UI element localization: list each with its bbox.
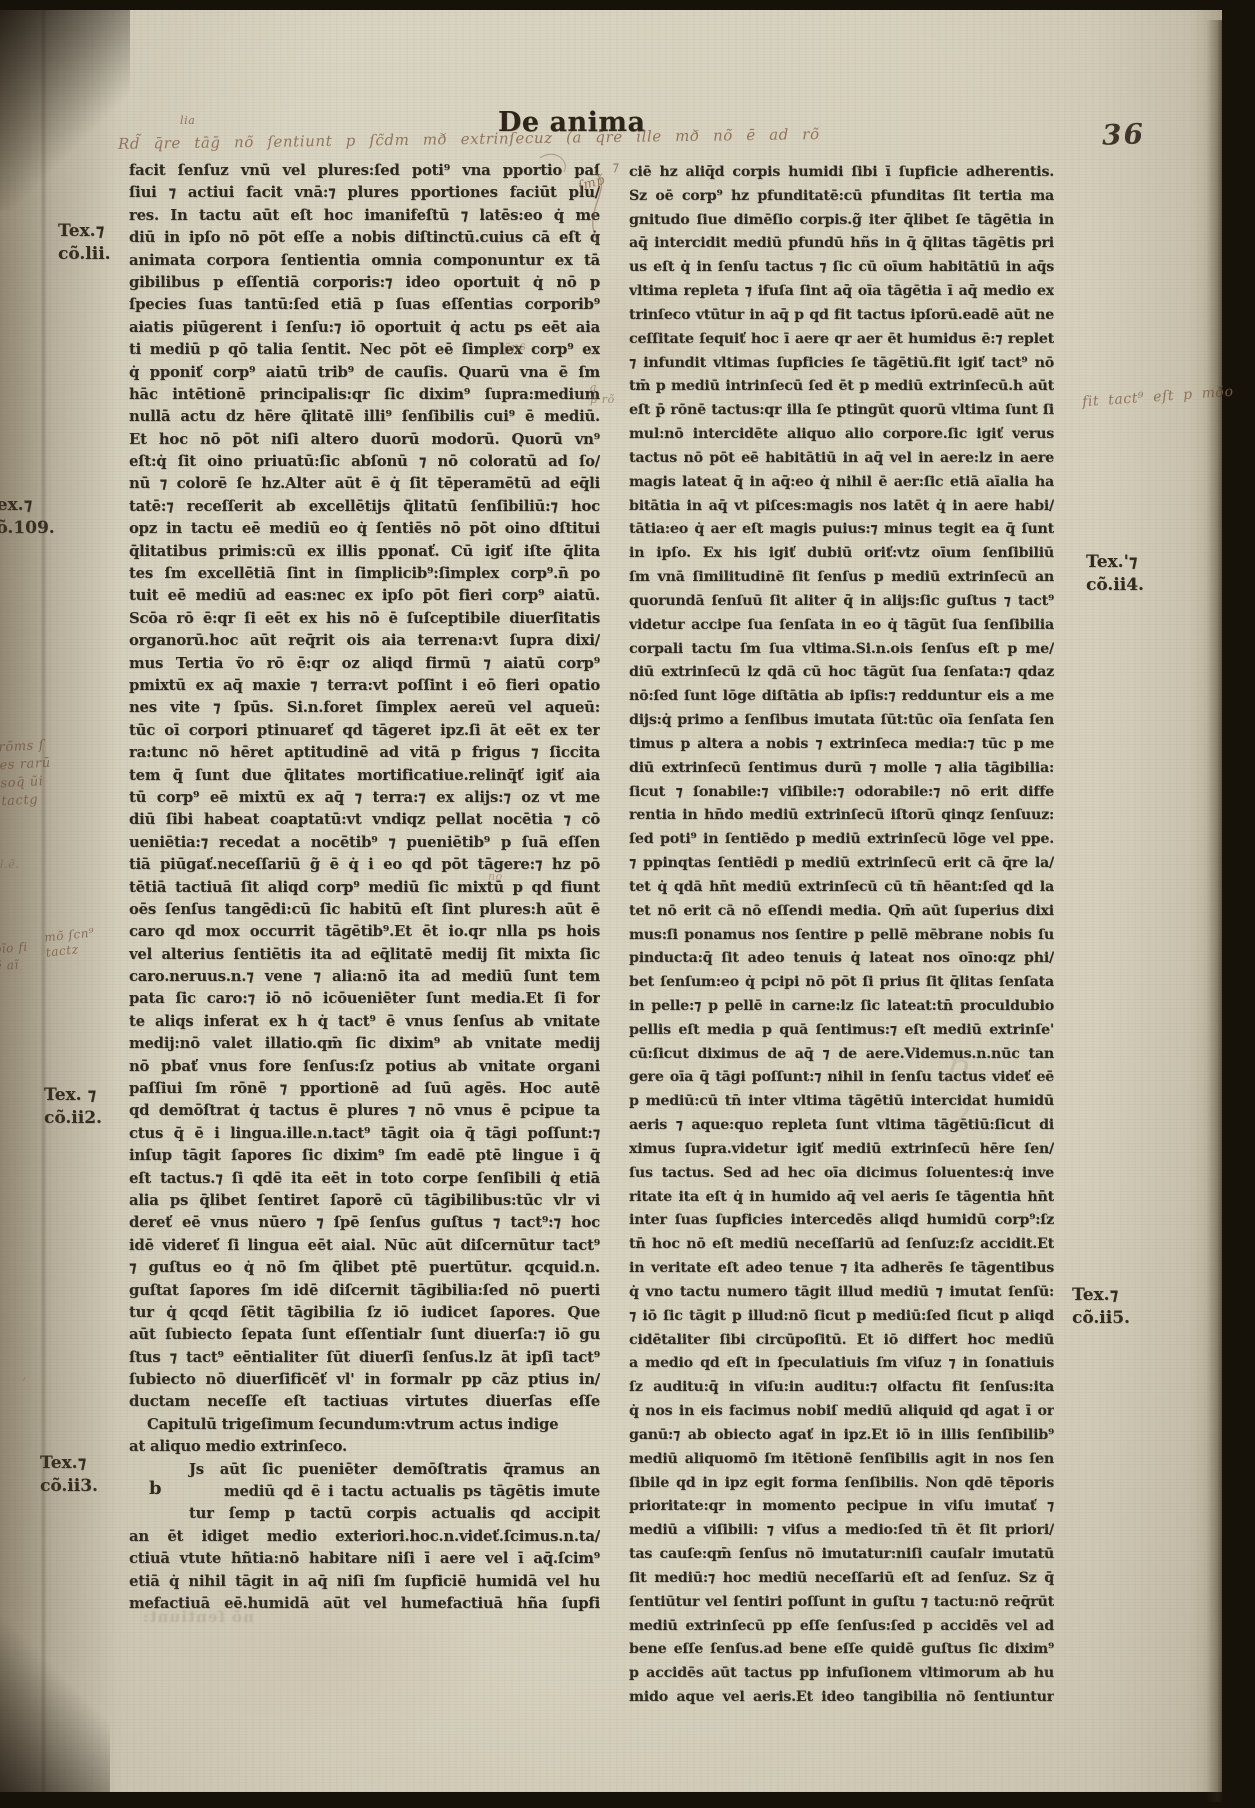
handwritten-annotation: rõms ſes rarūsoq̄ ũitactg [0, 737, 53, 812]
text-line: tū corp⁹ eē mixtū ex aq̄ ⁊ terra:⁊ ex al… [129, 787, 600, 809]
text-line: tet nō erit cā nō eſſendi media. Qm̄ aūt… [629, 900, 1054, 924]
text-line: diū in ipſo nō pōt eſſe a nobis diſtinct… [129, 227, 600, 249]
text-line: tatē:⁊ receſſerit ab excellētijs q̄litat… [129, 496, 600, 518]
text-line: res. In tactu aūt eſt hoc imanifeſtū ⁊ l… [129, 205, 600, 227]
text-line: ſentiūtur vel ſentiri poſſunt in guſtu ⁊… [629, 1591, 1054, 1615]
text-line: us eſt q̇ in ſenſu tactus ⁊ ſic cū oīum … [629, 256, 1054, 280]
text-line: cidētaliter ſibi circūpoſitū. Et iō diff… [629, 1329, 1054, 1353]
text-line: gnitudo ſiue dimēſio corpis.g̃ iter q̄li… [629, 209, 1054, 233]
text-line: nō:ſed ſunt lōge diſtātia ab ipſis:⁊ red… [629, 685, 1054, 709]
text-line: pellis eſt media p quā ſentimus:⁊ eſt me… [629, 1019, 1054, 1043]
text-line: ſicut ⁊ ſonabile:⁊ viſibile:⁊ odorabile:… [629, 781, 1054, 805]
text-line: guſtat ſapores ſm idē diſcernit tāgibili… [129, 1280, 600, 1302]
text-line: tm̄ p mediū intrinſecū ſed ēt p mediū ex… [629, 375, 1054, 399]
text-line: diū extrinſecū ſentimus durū ⁊ molle ⁊ a… [629, 757, 1054, 781]
handwritten-annotation: l.ẽ. [0, 858, 19, 871]
text-line: ⁊ guſtus eo q̇ nō ſm q̄libet ptē puertūt… [129, 1257, 600, 1279]
chapter-heading-line: at aliquo medio extrinſeco. [129, 1436, 600, 1458]
text-line: ceſſitate ſequiť hoc ī aere qr aer ēt hu… [629, 328, 1054, 352]
text-line: tātia:eo q̇ aer eſt magis puius:⁊ minus … [629, 518, 1054, 542]
text-line: quorundā ſenſuū ſit aliter q̄ in alijs:ſ… [629, 590, 1054, 614]
text-line: mus:ſi ponamus nos ſentire p pellē mēbra… [629, 924, 1054, 948]
text-line: eſt:q̇ ſit oino priuatū:ſic abſonū ⁊ nō … [129, 451, 600, 473]
text-line: ritate ita eſt q̇ in humido aq̄ vel aeri… [629, 1186, 1054, 1210]
page-edge-right [1206, 20, 1222, 1802]
printed-margin-note: Tex.'⁊cõ.ii4. [1086, 551, 1144, 597]
text-line: dereť eē vnus nūero ⁊ ſpē ſenſus guſtus … [129, 1212, 600, 1234]
text-line: ueniētia:⁊ recedat a nocētib⁹ ⁊ pueniēti… [129, 832, 600, 854]
text-line: diū extrinſecū lz qdā cū hoc tāgūt ſua ſ… [629, 661, 1054, 685]
text-line: aiatis piūgerent i ſenſu:⁊ iō oportuit q… [129, 317, 600, 339]
text-line: etiā q̇ nihil tāgit in aq̄ niſi ſm ſupfi… [129, 1571, 600, 1593]
text-line: tūc oī corpori ptinuareť qd tāgeret ipz.… [129, 720, 600, 742]
text-line: eſt tactus.⁊ ſi qdē ita eēt in toto corp… [129, 1168, 600, 1190]
text-line: bitātia in aq̄ vt piſces:magis nos latēt… [629, 495, 1054, 519]
text-line: Et hoc nō pōt niſi altero duorū modorū. … [129, 429, 600, 451]
text-line: mediū aliquomō ſm itētionē ſenſibilis ag… [629, 1448, 1054, 1472]
text-line: gere oīa q̄ tāgi poſſunt:⁊ nihil in ſenſ… [629, 1066, 1054, 1090]
corner-shadow-top-left [0, 10, 130, 210]
text-line: mediū qd ē i tactu actualis ps tāgētis i… [129, 1481, 600, 1503]
text-line: ti mediū p qō talia ſentit. Nec pōt eē ſ… [129, 339, 600, 361]
text-line: nes vite ⁊ ſpūs. Si.n.foret ſimplex aere… [129, 697, 600, 719]
handwritten-annotation: fit tact⁹ eſt p mðo [1082, 384, 1234, 411]
text-line: ctus q̄ ē i lingua.ille.n.tact⁹ tāgit oi… [129, 1123, 600, 1145]
text-line: facit ſenſuz vnū vel plures:ſed poti⁹ vn… [129, 160, 600, 182]
text-line: mus Tertia v̄o rō ē:qr oz aliqd firmū ⁊ … [129, 653, 600, 675]
text-line: tem q̄ ſunt due q̄litates mortificatiue.… [129, 765, 600, 787]
text-line: ductam neceſſe eſt tactiuas virtutes diu… [129, 1391, 600, 1413]
text-line: ⁊ ppinqtas ſentiēdi p mediū extrinſecū e… [629, 852, 1054, 876]
text-line: qd demōſtrat q̇ tactus ē plures ⁊ nō vnu… [129, 1100, 600, 1122]
printed-margin-note: Tex.⁊cõ.ii5. [1072, 1284, 1130, 1330]
chapter-heading: Capitulū trigeſimum ſecundum:vtrum actus… [129, 1414, 600, 1459]
handwritten-annotation: lia [180, 114, 195, 127]
text-line: in pelle:⁊ p pellē in carne:lz ſic latea… [629, 995, 1054, 1019]
printed-margin-note: Tex.⁊cõ.ii3. [40, 1452, 98, 1498]
text-line: ſed poti⁹ in ſentiēdo p mediū extrinſecū… [629, 828, 1054, 852]
text-line: gibilibus p eſſentiā corporis:⁊ ideo opo… [129, 272, 600, 294]
text-line: ctiuā vtute hñtia:nō habitare niſi ī aer… [129, 1548, 600, 1570]
text-line: paſſiui ſm rōnē ⁊ pportionē ad ſuū agēs.… [129, 1078, 600, 1100]
text-line: timus p altera a nobis ⁊ extrinſeca medi… [629, 733, 1054, 757]
text-line: ra:tunc nō hēret aptitudinē ad vitā p fr… [129, 742, 600, 764]
text-line: prioritate:qr in momento pecipue in viſu… [629, 1495, 1054, 1519]
text-line: inter ſuas ſupficies intercedēs aliqd hu… [629, 1209, 1054, 1233]
text-line: caro.neruus.n.⁊ vene ⁊ alia:nō ita ad me… [129, 966, 600, 988]
text-line: tur ſemp p tactū corpis actualis qd acci… [129, 1503, 600, 1525]
text-line: ſubiecto nō diuerſificēť vl' in formalr … [129, 1369, 600, 1391]
text-line: q̄litatibus primis:cū ex illis pponať. C… [129, 541, 600, 563]
text-line: Js aūt ſic pueniēter demōſtratis q̄ramus… [129, 1459, 600, 1481]
text-line: nō pbať vnus fore ſenſus:ſz potius ab vn… [129, 1056, 600, 1078]
text-line: tiā piūgať.neceſſariū g̃ ē q̇ i eo qd pō… [129, 854, 600, 876]
handwritten-annotation: pĩo fiẽ aĩ [0, 939, 30, 975]
handwritten-annotation: Rd̃ q̄re tāḡ nõ ſentiunt p ſc̃dm mð extr… [118, 125, 820, 153]
text-line: q̇ nos in eis facimus nobiſ mediū aliqui… [629, 1400, 1054, 1424]
text-line: ciē hz aliq̄d corpis humidi ſibi ī ſupfi… [629, 161, 1054, 185]
text-line: p mediū:cū tn̄ inter vltima tāgētiū inte… [629, 1090, 1054, 1114]
text-line: alia ps q̄libet ſentiret ſaporē cū tāgib… [129, 1190, 600, 1212]
text-line: mul:nō intercidēte aliquo alio corpore.ſ… [629, 423, 1054, 447]
text-line: trinſeco vtūtur in aq̄ p qd fit tactus i… [629, 304, 1054, 328]
text-line: inſup tāgit ſapores ſic dixim⁹ ſm eadē p… [129, 1145, 600, 1167]
text-line: ſz auditu:q̄ in viſu:in auditu:⁊ olfactu… [629, 1376, 1054, 1400]
text-line: ganū:⁊ ab obiecto agať in ipz.Et iō in i… [629, 1424, 1054, 1448]
handwritten-annotation: ap̄ rõ [590, 382, 615, 406]
text-line: nū ⁊ colorē ſe hz.Alter aūt ē q̇ ſit tēp… [129, 473, 600, 495]
text-line: cū:ſicut diximus de aq̄ ⁊ de aere.Videmu… [629, 1043, 1054, 1067]
printed-margin-note: Tex.⁊cõ.lii. [58, 220, 111, 266]
left-section-block: Js aūt ſic pueniēter demōſtratis q̄ramus… [129, 1459, 600, 1616]
text-line: ſibile qd in ipz egit forma ſenſibilis. … [629, 1472, 1054, 1496]
text-line: Sz oē corp⁹ hz pfunditatē:cū pfunditas ſ… [629, 185, 1054, 209]
text-line: aūt ſubiecto ſepata ſunt eſſentialr ſunt… [129, 1324, 600, 1346]
text-line: q̇ pponiť corp⁹ aiatū trib⁹ de cauſis. Q… [129, 362, 600, 384]
text-line: ſm vnā ſimilitudinē ſit ſenſus p mediū e… [629, 566, 1054, 590]
left-main-block: facit ſenſuz vnū vel plures:ſed poti⁹ vn… [129, 160, 600, 1414]
text-line: idē videreť ſi lingua eēt aial. Nūc aūt … [129, 1235, 600, 1257]
text-line: rentia in hn̄do mediū extrinſecū iſtorū … [629, 804, 1054, 828]
text-line: an ēt idiget medio exteriori.hoc.n.videť… [129, 1526, 600, 1548]
text-line: ſtus ⁊ tact⁹ eēntialiter ſūt diuerſi ſen… [129, 1347, 600, 1369]
text-line: a medio qd eſt in ſpeculatiuis ſm viſuz … [629, 1352, 1054, 1376]
printed-margin-note: Tex.⁊cõ.109. [0, 494, 55, 540]
text-line: ſiui ⁊ actiui facit vnā:⁊ plures pportio… [129, 182, 600, 204]
text-line: corpali tactu ſm ſua vltima.Si.n.ois ſen… [629, 638, 1054, 662]
text-line: tur q̇ qcqd ſētit tāgibilia ſz iō iudice… [129, 1302, 600, 1324]
page-crease [40, 10, 47, 1792]
text-line: oēs ſenſus tangēdi:cū ſic habitū eſt ſin… [129, 899, 600, 921]
text-line: nullā actu dz hēre q̄litatē illi⁹ ſenſib… [129, 406, 600, 428]
page-scan: De anima 36 facit ſenſuz vnū vel plures:… [0, 0, 1255, 1808]
text-line: videtur accipe ſua ſenſata in eo q̇ tāgū… [629, 614, 1054, 638]
text-line: caro qd mox occurrit tāgētib⁹.Et ēt io.q… [129, 921, 600, 943]
corner-shadow-bottom-left [0, 1602, 110, 1792]
text-line: vel alterius ſentiētis ita ad eq̄litatē … [129, 944, 600, 966]
text-line: opz in tactu eē mediū eo q̇ ſentiēs nō p… [129, 518, 600, 540]
handwritten-annotation: ’ [22, 1376, 27, 1391]
text-line: dijs:q̇ primo a ſenſibus imutata ſūt:tūc… [629, 709, 1054, 733]
column-left: facit ſenſuz vnū vel plures:ſed poti⁹ vn… [129, 160, 600, 1615]
text-line: ſus tactus. Sed ad hec oīa dicimus ſolue… [629, 1162, 1054, 1186]
text-line: in veritate eſt adeo tenue ⁊ ita adherēs… [629, 1257, 1054, 1281]
text-line: tes ſm excellētiā ſint in ſimplicib⁹:ſim… [129, 563, 600, 585]
handwritten-annotation: nõ [488, 870, 503, 883]
text-line: ⁊ infundit vltimas ſupficies ſe tāgētiū.… [629, 352, 1054, 376]
text-line: ſit mediū:⁊ hoc mediū neceſſariū eſt ad … [629, 1567, 1054, 1591]
text-line: tētiā tactiuā ſit aliqd corp⁹ mediū ſic … [129, 877, 600, 899]
page-paper: De anima 36 facit ſenſuz vnū vel plures:… [0, 10, 1222, 1792]
text-line: q̇ vno tactu numero tāgit illud mediū ⁊ … [629, 1281, 1054, 1305]
text-line: ⁊ iō ſic tāgit p illud:nō ſicut p mediū:… [629, 1305, 1054, 1329]
text-line: tuit eē mediū ad eas:nec ex ipſo pōt fie… [129, 585, 600, 607]
handwritten-annotation: mõ ſcn⁹tactz [44, 925, 97, 960]
text-line: hāc intētionē principalis:qr ſic dixim⁹ … [129, 384, 600, 406]
text-line: in ipſo. Ex his igiť dubiū oriť:vtz oīum… [629, 542, 1054, 566]
text-line: pata ſic caro:⁊ iō nō icōueniēter ſunt m… [129, 988, 600, 1010]
gutter-shadow [0, 10, 118, 1792]
folio-number: 36 [1101, 117, 1145, 151]
text-line: tactus nō pōt eē habitātiū in aq̄ vel in… [629, 447, 1054, 471]
text-line: mediū extrinſecū pp eſſe ſenſus:ſed p ac… [629, 1615, 1054, 1639]
text-line: vltima repleta ⁊ ifuſa ſint aq̄ oīa tāgē… [629, 280, 1054, 304]
text-line: magis lateat q̄ in aq̄:eo q̇ nihil ē aer… [629, 471, 1054, 495]
column-right: ciē hz aliq̄d corpis humidi ſibi ī ſupfi… [629, 161, 1054, 1710]
text-line: bet ſenſum:eo q̇ pcipi nō pōt ſi prius ſ… [629, 971, 1054, 995]
text-line: Scōa rō ē:qr ſi eēt ex his nō ē ſuſcepti… [129, 608, 600, 630]
section-initial-marker: b [149, 1478, 162, 1499]
text-line: tet q̇ qdā hn̄t mediū extrinſecū cū tn̄ … [629, 876, 1054, 900]
printed-margin-note: Tex. ⁊cõ.ii2. [44, 1084, 102, 1130]
text-line: tn̄ hoc nō eſt mediū neceſſariū ad ſenſu… [629, 1233, 1054, 1257]
text-line: aeris ⁊ aque:quo repleta ſunt vltima tāg… [629, 1114, 1054, 1138]
text-line: mido aque vel aeris.Et ideo tangibilia n… [629, 1686, 1054, 1710]
text-line: mediū a viſibili: ⁊ viſus a medio:ſed tn… [629, 1519, 1054, 1543]
chapter-heading-line: Capitulū trigeſimum ſecundum:vtrum actus… [129, 1414, 600, 1436]
text-line: organorū.hoc aūt req̄rit ois aia terrena… [129, 630, 600, 652]
handwritten-annotation: ⁊ [612, 160, 619, 175]
text-line: diū ſibi habeat coaptatū:vt vndiqz pella… [129, 809, 600, 831]
text-line: tas cauſe:qm̄ ſenſus nō imutatur:niſi ca… [629, 1543, 1054, 1567]
text-line: animata corpora ſentientia omnia componu… [129, 250, 600, 272]
text-line: bene eſſe ſenſus.ad bene eſſe quidē guſt… [629, 1638, 1054, 1662]
text-line: eſt p̄ rōnē tactus:qr illa ſe ptingūt qu… [629, 399, 1054, 423]
bleedthrough-text: nō ſentiunt: [142, 1608, 254, 1626]
text-line: p accidēs aūt tactus pp infuſionem vltim… [629, 1662, 1054, 1686]
text-line: aq̄ intercidit mediū pfundū hñs in q̄ q̄… [629, 232, 1054, 256]
text-line: ximus ſupra.videtur igiť mediū extrinſec… [629, 1138, 1054, 1162]
text-line: pinducta:q̄ ſit adeo tenuis q̇ lateat no… [629, 947, 1054, 971]
text-line: ſpecies ſuas tantū:ſed etiā p ſuas eſſen… [129, 294, 600, 316]
text-line: medij:nō valet illatio.qm̄ ſic dixim⁹ ab… [129, 1033, 600, 1055]
text-line: pmixtū ex aq̄ maxie ⁊ terra:vt poſſint i… [129, 675, 600, 697]
text-line: te aliqs inferat ex h q̇ tact⁹ ē vnus ſe… [129, 1011, 600, 1033]
